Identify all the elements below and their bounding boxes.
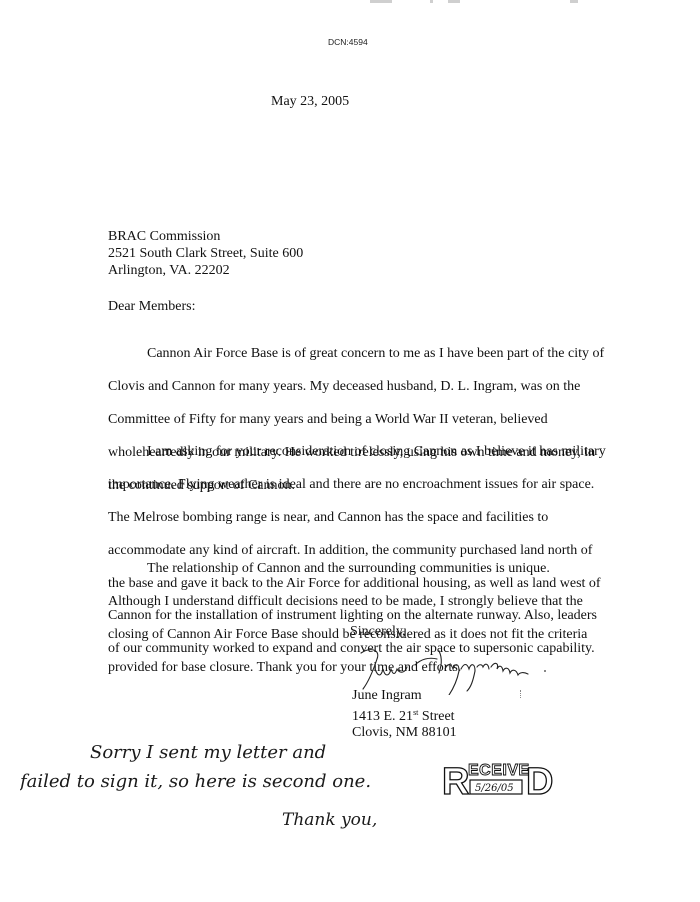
- recipient-city: Arlington, VA. 22202: [108, 262, 303, 279]
- document-control-number: DCN:4594: [328, 37, 368, 47]
- handwritten-line-1: Sorry I sent my letter and: [90, 742, 326, 763]
- paragraph-line: Clovis and Cannon for many years. My dec…: [108, 379, 588, 395]
- letter-page: DCN:4594 May 23, 2005 BRAC Commission 25…: [0, 0, 700, 902]
- paragraph-line: importance. Flying weather is ideal and …: [108, 477, 588, 493]
- scan-speck: [520, 690, 525, 698]
- paragraph-line: Although I understand difficult decision…: [108, 594, 588, 610]
- svg-text:ECEIVE: ECEIVE: [468, 762, 530, 779]
- closing: Sincerely,: [350, 624, 405, 640]
- recipient-address: BRAC Commission 2521 South Clark Street,…: [108, 228, 303, 279]
- paragraph-line: closing of Cannon Air Force Base should …: [108, 627, 588, 643]
- letter-date: May 23, 2005: [271, 94, 349, 110]
- paragraph-line: Cannon Air Force Base is of great concer…: [108, 346, 588, 362]
- received-stamp-graphic: R ECEIVE 5/26/05 D: [440, 758, 560, 800]
- paragraph-line: The Melrose bombing range is near, and C…: [108, 510, 588, 526]
- sender-street-name: Street: [418, 709, 454, 724]
- handwritten-note-text: Sorry I sent my letter and failed to sig…: [20, 740, 460, 870]
- svg-text:R: R: [442, 761, 469, 800]
- paragraph-line: The relationship of Cannon and the surro…: [108, 561, 588, 577]
- received-stamp: R ECEIVE 5/26/05 D: [440, 758, 560, 800]
- salutation: Dear Members:: [108, 299, 195, 315]
- handwritten-line-3: Thank you,: [282, 810, 377, 830]
- stamp-date: 5/26/05: [475, 783, 514, 794]
- sender-street-number: 1413 E. 21: [352, 709, 413, 724]
- recipient-street: 2521 South Clark Street, Suite 600: [108, 245, 303, 262]
- recipient-name: BRAC Commission: [108, 228, 303, 245]
- paragraph-line: I am asking for your reconsideration of …: [108, 444, 588, 460]
- svg-text:D: D: [526, 761, 553, 800]
- sender-street: 1413 E. 21st Street: [352, 705, 457, 726]
- sender-name: June Ingram: [352, 688, 457, 705]
- paragraph-line: Committee of Fifty for many years and be…: [108, 412, 588, 428]
- handwritten-note: Sorry I sent my letter and failed to sig…: [20, 740, 460, 870]
- scan-artifacts: [370, 0, 570, 6]
- sender-block: June Ingram 1413 E. 21st Street Clovis, …: [352, 688, 457, 742]
- handwritten-line-2: failed to sign it, so here is second one…: [20, 771, 371, 792]
